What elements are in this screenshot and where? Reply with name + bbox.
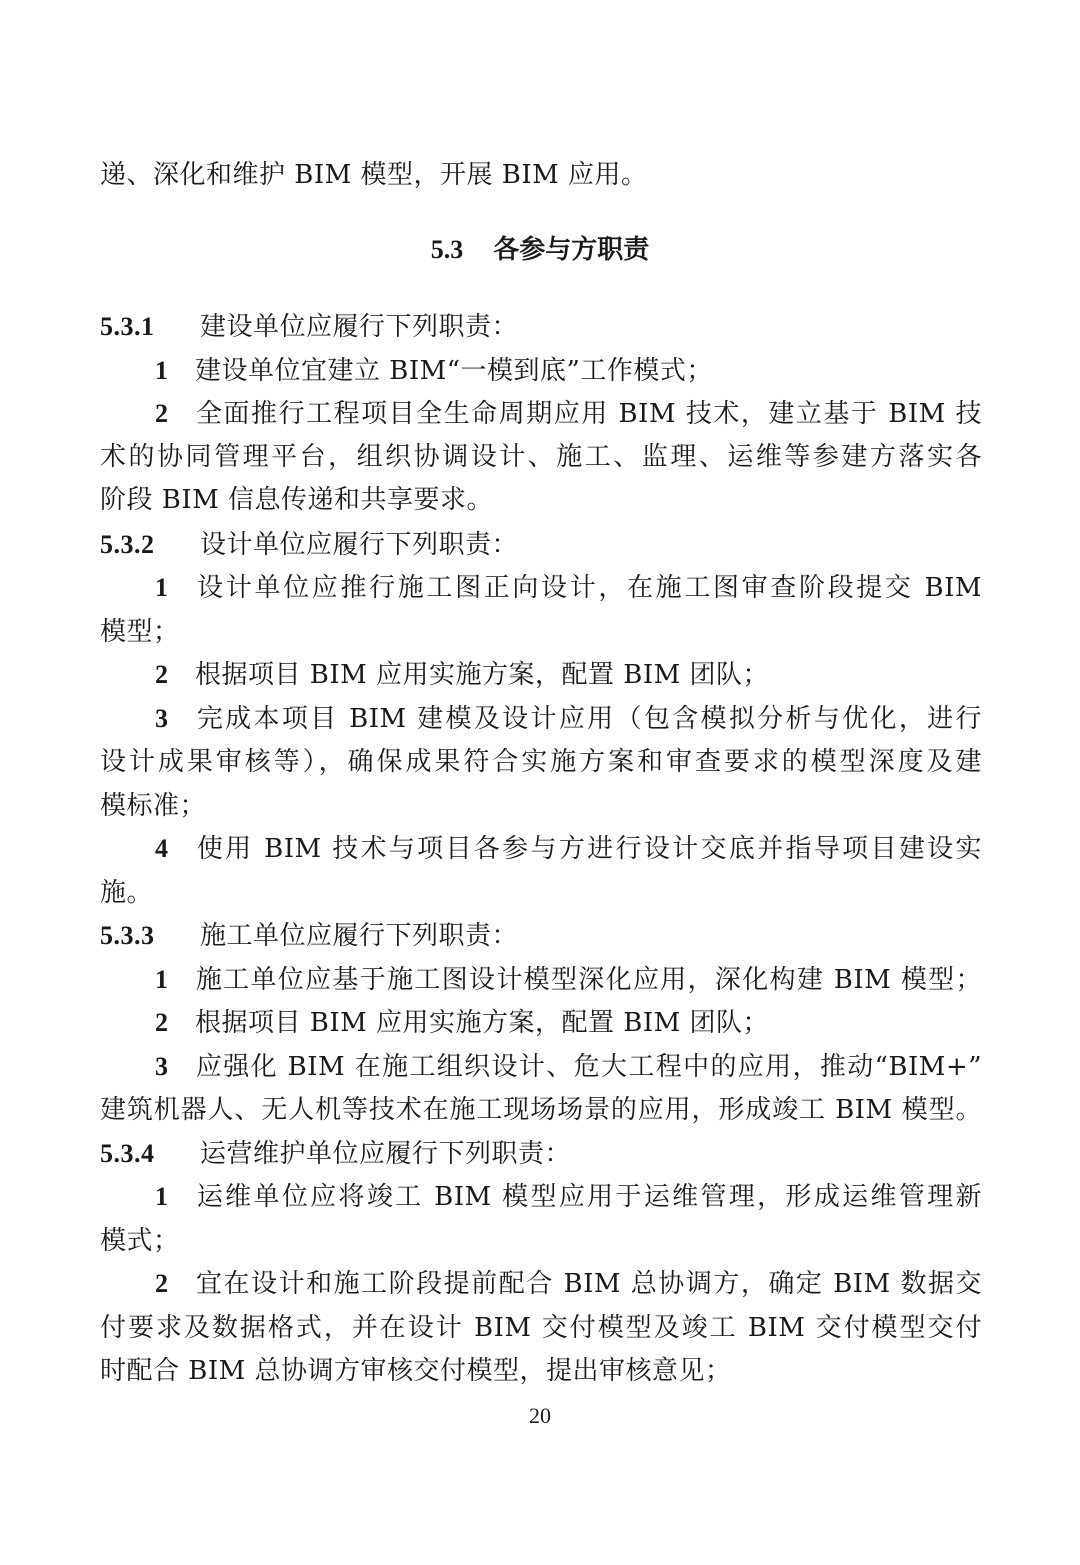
clause-title: 施工单位应履行下列职责：	[200, 921, 518, 951]
item-number: 2	[155, 1007, 195, 1039]
item-number: 1	[155, 964, 195, 996]
item-number: 3	[155, 703, 195, 735]
item-number: 2	[155, 659, 195, 691]
item-text-continued: 模型；	[100, 616, 982, 648]
item-text: 运维单位应将竣工 BIM 模型应用于运维管理，形成运维管理新	[195, 1182, 982, 1212]
item-text: 应强化 BIM 在施工组织设计、危大工程中的应用，推动“BIM+”	[195, 1052, 982, 1082]
clause-5-3-2: 5.3.2设计单位应履行下列职责：	[100, 529, 982, 561]
section-number: 5.3	[431, 235, 464, 264]
clause-title: 建设单位应履行下列职责：	[200, 312, 518, 342]
item-text: 根据项目 BIM 应用实施方案，配置 BIM 团队；	[195, 660, 769, 690]
clause-number: 5.3.3	[100, 920, 200, 952]
clause-item: 2全面推行工程项目全生命周期应用 BIM 技术，建立基于 BIM 技	[100, 398, 982, 430]
item-number: 1	[155, 1181, 195, 1213]
item-text-continued: 术的协同管理平台，组织协调设计、施工、监理、运维等参建方落实各	[100, 441, 982, 473]
item-text: 使用 BIM 技术与项目各参与方进行设计交底并指导项目建设实	[195, 834, 982, 864]
item-text: 全面推行工程项目全生命周期应用 BIM 技术，建立基于 BIM 技	[195, 399, 982, 429]
clause-item: 1建设单位宜建立 BIM“一模到底”工作模式；	[100, 355, 982, 387]
item-text-continued: 模式；	[100, 1225, 982, 1257]
item-text: 根据项目 BIM 应用实施方案，配置 BIM 团队；	[195, 1008, 769, 1038]
clause-item: 3完成本项目 BIM 建模及设计应用（包含模拟分析与优化，进行	[100, 703, 982, 735]
item-text-continued: 设计成果审核等），确保成果符合实施方案和审查要求的模型深度及建	[100, 746, 982, 778]
page-number: 20	[0, 1402, 1080, 1430]
clause-5-3-3: 5.3.3施工单位应履行下列职责：	[100, 920, 982, 952]
item-text-continued: 时配合 BIM 总协调方审核交付模型，提出审核意见；	[100, 1355, 982, 1387]
item-text-continued: 模标准；	[100, 790, 982, 822]
document-page: 递、深化和维护 BIM 模型，开展 BIM 应用。 5.3各参与方职责 5.3.…	[0, 0, 1080, 1565]
clause-5-3-4: 5.3.4运营维护单位应履行下列职责：	[100, 1138, 982, 1170]
clause-title: 运营维护单位应履行下列职责：	[200, 1139, 571, 1169]
continuation-text: 递、深化和维护 BIM 模型，开展 BIM 应用。	[100, 159, 982, 191]
item-text-continued: 建筑机器人、无人机等技术在施工现场场景的应用，形成竣工 BIM 模型。	[100, 1094, 982, 1126]
clause-item: 2根据项目 BIM 应用实施方案，配置 BIM 团队；	[100, 659, 982, 691]
clause-title: 设计单位应履行下列职责：	[200, 530, 518, 560]
clause-item: 1设计单位应推行施工图正向设计，在施工图审查阶段提交 BIM	[100, 572, 982, 604]
item-text-continued: 付要求及数据格式，并在设计 BIM 交付模型及竣工 BIM 交付模型交付	[100, 1312, 982, 1344]
section-heading: 5.3各参与方职责	[0, 234, 1080, 266]
section-title: 各参与方职责	[493, 235, 649, 265]
clause-item: 2根据项目 BIM 应用实施方案，配置 BIM 团队；	[100, 1007, 982, 1039]
item-text: 完成本项目 BIM 建模及设计应用（包含模拟分析与优化，进行	[195, 704, 982, 734]
clause-number: 5.3.4	[100, 1138, 200, 1170]
item-text: 宜在设计和施工阶段提前配合 BIM 总协调方，确定 BIM 数据交	[195, 1269, 982, 1299]
clause-number: 5.3.2	[100, 529, 200, 561]
clause-item: 4使用 BIM 技术与项目各参与方进行设计交底并指导项目建设实	[100, 833, 982, 865]
item-number: 2	[155, 1268, 195, 1300]
clause-item: 1施工单位应基于施工图设计模型深化应用，深化构建 BIM 模型；	[100, 964, 982, 996]
item-text-continued: 施。	[100, 877, 982, 909]
item-text: 施工单位应基于施工图设计模型深化应用，深化构建 BIM 模型；	[195, 965, 982, 995]
clause-item: 1运维单位应将竣工 BIM 模型应用于运维管理，形成运维管理新	[100, 1181, 982, 1213]
item-number: 1	[155, 355, 195, 387]
item-number: 3	[155, 1051, 195, 1083]
item-text: 设计单位应推行施工图正向设计，在施工图审查阶段提交 BIM	[195, 573, 982, 603]
item-text: 建设单位宜建立 BIM“一模到底”工作模式；	[195, 356, 713, 386]
item-number: 4	[155, 833, 195, 865]
item-number: 2	[155, 398, 195, 430]
item-number: 1	[155, 572, 195, 604]
clause-item: 3应强化 BIM 在施工组织设计、危大工程中的应用，推动“BIM+”	[100, 1051, 982, 1083]
clause-item: 2宜在设计和施工阶段提前配合 BIM 总协调方，确定 BIM 数据交	[100, 1268, 982, 1300]
clause-number: 5.3.1	[100, 311, 200, 343]
item-text-continued: 阶段 BIM 信息传递和共享要求。	[100, 484, 982, 516]
clause-5-3-1: 5.3.1建设单位应履行下列职责：	[100, 311, 982, 343]
